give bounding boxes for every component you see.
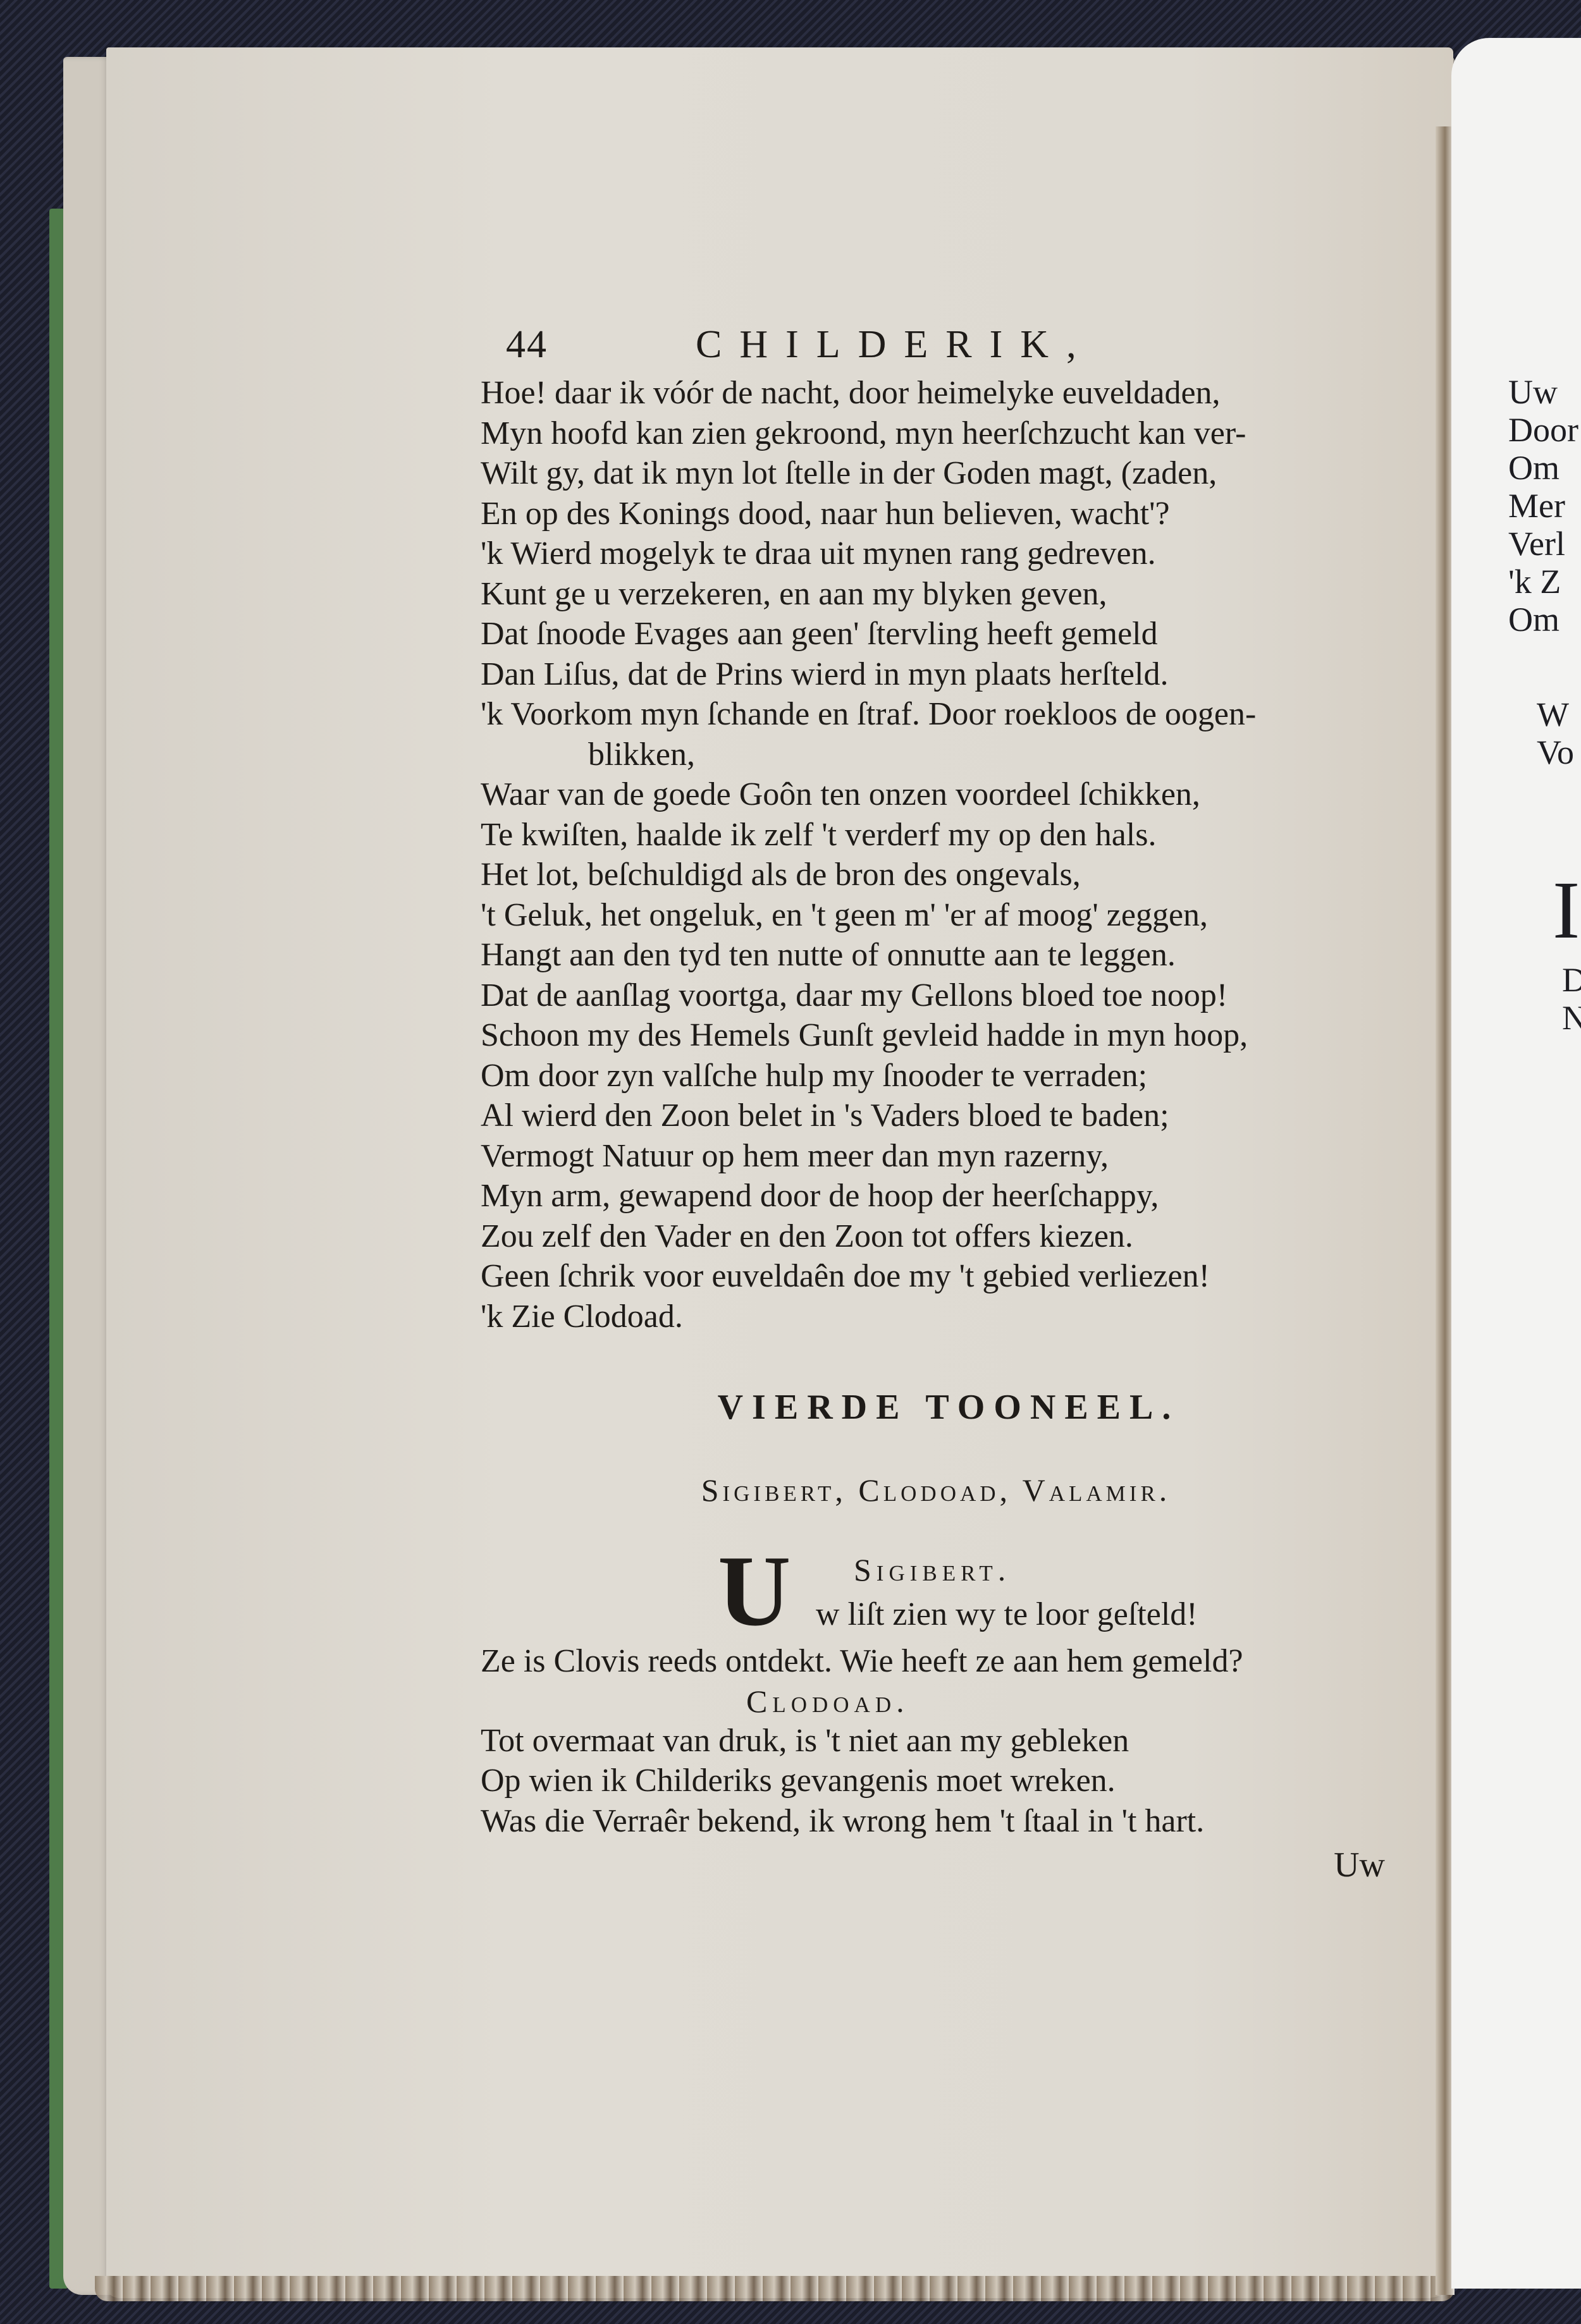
verse-line: w liſt zien wy te loor geſteld! [816,1596,1198,1633]
verse-line: 'k Voorkom myn ſchande en ſtraf. Door ro… [481,694,1391,735]
running-title: CHILDERIK, [696,322,1094,367]
verse-line: Het lot, beſchuldigd als de bron des ong… [481,855,1391,895]
facing-line: D [1562,961,1581,999]
facing-line: W [1537,695,1574,733]
facing-line: Uw [1508,373,1578,411]
verse-line: Om door zyn valſche hulp my ſnooder te v… [481,1056,1391,1096]
facing-page-initial-lines: D N [1562,961,1581,1037]
facing-page-text-top: Uw Door Om Mer Verl 'k Z Om [1508,373,1578,639]
verse-line: Hoe! daar ik vóór de nacht, door heimely… [481,373,1391,413]
verse-line: 't Geluk, het ongeluk, en 't geen m' 'er… [481,895,1391,936]
verse-line: Te kwiſten, haalde ik zelf 't verderf my… [481,815,1391,855]
page-text-block: 44 CHILDERIK, Hoe! daar ik vóór de nacht… [481,322,1391,1885]
dialogue-clodoad: Tot overmaat van druk, is 't niet aan my… [481,1721,1391,1842]
facing-line: Om [1508,601,1578,639]
facing-line: Mer [1508,487,1578,525]
verse-line-continuation: blikken, [481,735,1391,775]
verse-line: 'k Zie Clodoad. [481,1297,1391,1337]
verse-line: Tot overmaat van druk, is 't niet aan my… [481,1721,1391,1761]
verse-line: Geen ſchrik voor euveldaên doe my 't geb… [481,1256,1391,1297]
verse-line: Wilt gy, dat ik myn lot ſtelle in der Go… [481,453,1391,494]
running-head: 44 CHILDERIK, [481,322,1391,373]
catchword: Uw [481,1845,1391,1885]
verse-line: Zou zelf den Vader en den Zoon tot offer… [481,1216,1391,1257]
page-deckle-edge [95,2276,1455,2301]
verse-line: En op des Konings dood, naar hun believe… [481,494,1391,534]
scene-title: VIERDE TOONEEL. [481,1387,1391,1428]
verse-line: Vermogt Natuur op hem meer dan myn razer… [481,1136,1391,1177]
facing-line: Om [1508,449,1578,487]
verse-block: Hoe! daar ik vóór de nacht, door heimely… [481,373,1391,1336]
verse-line: Dat ſnoode Evages aan geen' ſtervling he… [481,614,1391,654]
verse-line: Myn arm, gewapend door de hoop der heerſ… [481,1176,1391,1216]
verse-line: 'k Wierd mogelyk te draa uit mynen rang … [481,534,1391,574]
speaker-name: Clodoad. [481,1682,1391,1721]
verse-line: Schoon my des Hemels Gunſt gevleid hadde… [481,1015,1391,1056]
facing-page-initial: I [1553,872,1580,948]
speaker-name: Sigibert. [854,1550,1011,1589]
verse-line: Ze is Clovis reeds ontdekt. Wie heeft ze… [481,1641,1391,1682]
verse-line: Dat de aanſlag voortga, daar my Gellons … [481,975,1391,1016]
verse-line: Myn hoofd kan zien gekroond, myn heerſch… [481,413,1391,454]
facing-line: 'k Z [1508,563,1578,601]
facing-page-text-mid: W Vo [1537,695,1574,771]
page-number: 44 [506,322,548,367]
verse-line: Al wierd den Zoon belet in 's Vaders blo… [481,1096,1391,1136]
facing-line: Vo [1537,733,1574,771]
verse-line: Kunt ge u verzekeren, en aan my blyken g… [481,574,1391,615]
verse-line: Waar van de goede Goôn ten onzen voordee… [481,774,1391,815]
facing-line: N [1562,999,1581,1037]
verse-line: Was die Verraêr bekend, ik wrong hem 't … [481,1801,1391,1842]
verse-line: Hangt aan den tyd ten nutte of onnutte a… [481,935,1391,975]
drop-cap: U [718,1546,791,1635]
facing-line: Door [1508,411,1578,449]
facing-line: Verl [1508,525,1578,563]
dialogue-sigibert: U Sigibert. w liſt zien wy te loor geſte… [481,1546,1391,1641]
verse-line: Op wien ik Childeriks gevangenis moet wr… [481,1761,1391,1801]
cast-list: Sigibert, Clodoad, Valamir. [481,1472,1391,1508]
verse-line: Dan Liſus, dat de Prins wierd in myn pla… [481,654,1391,695]
